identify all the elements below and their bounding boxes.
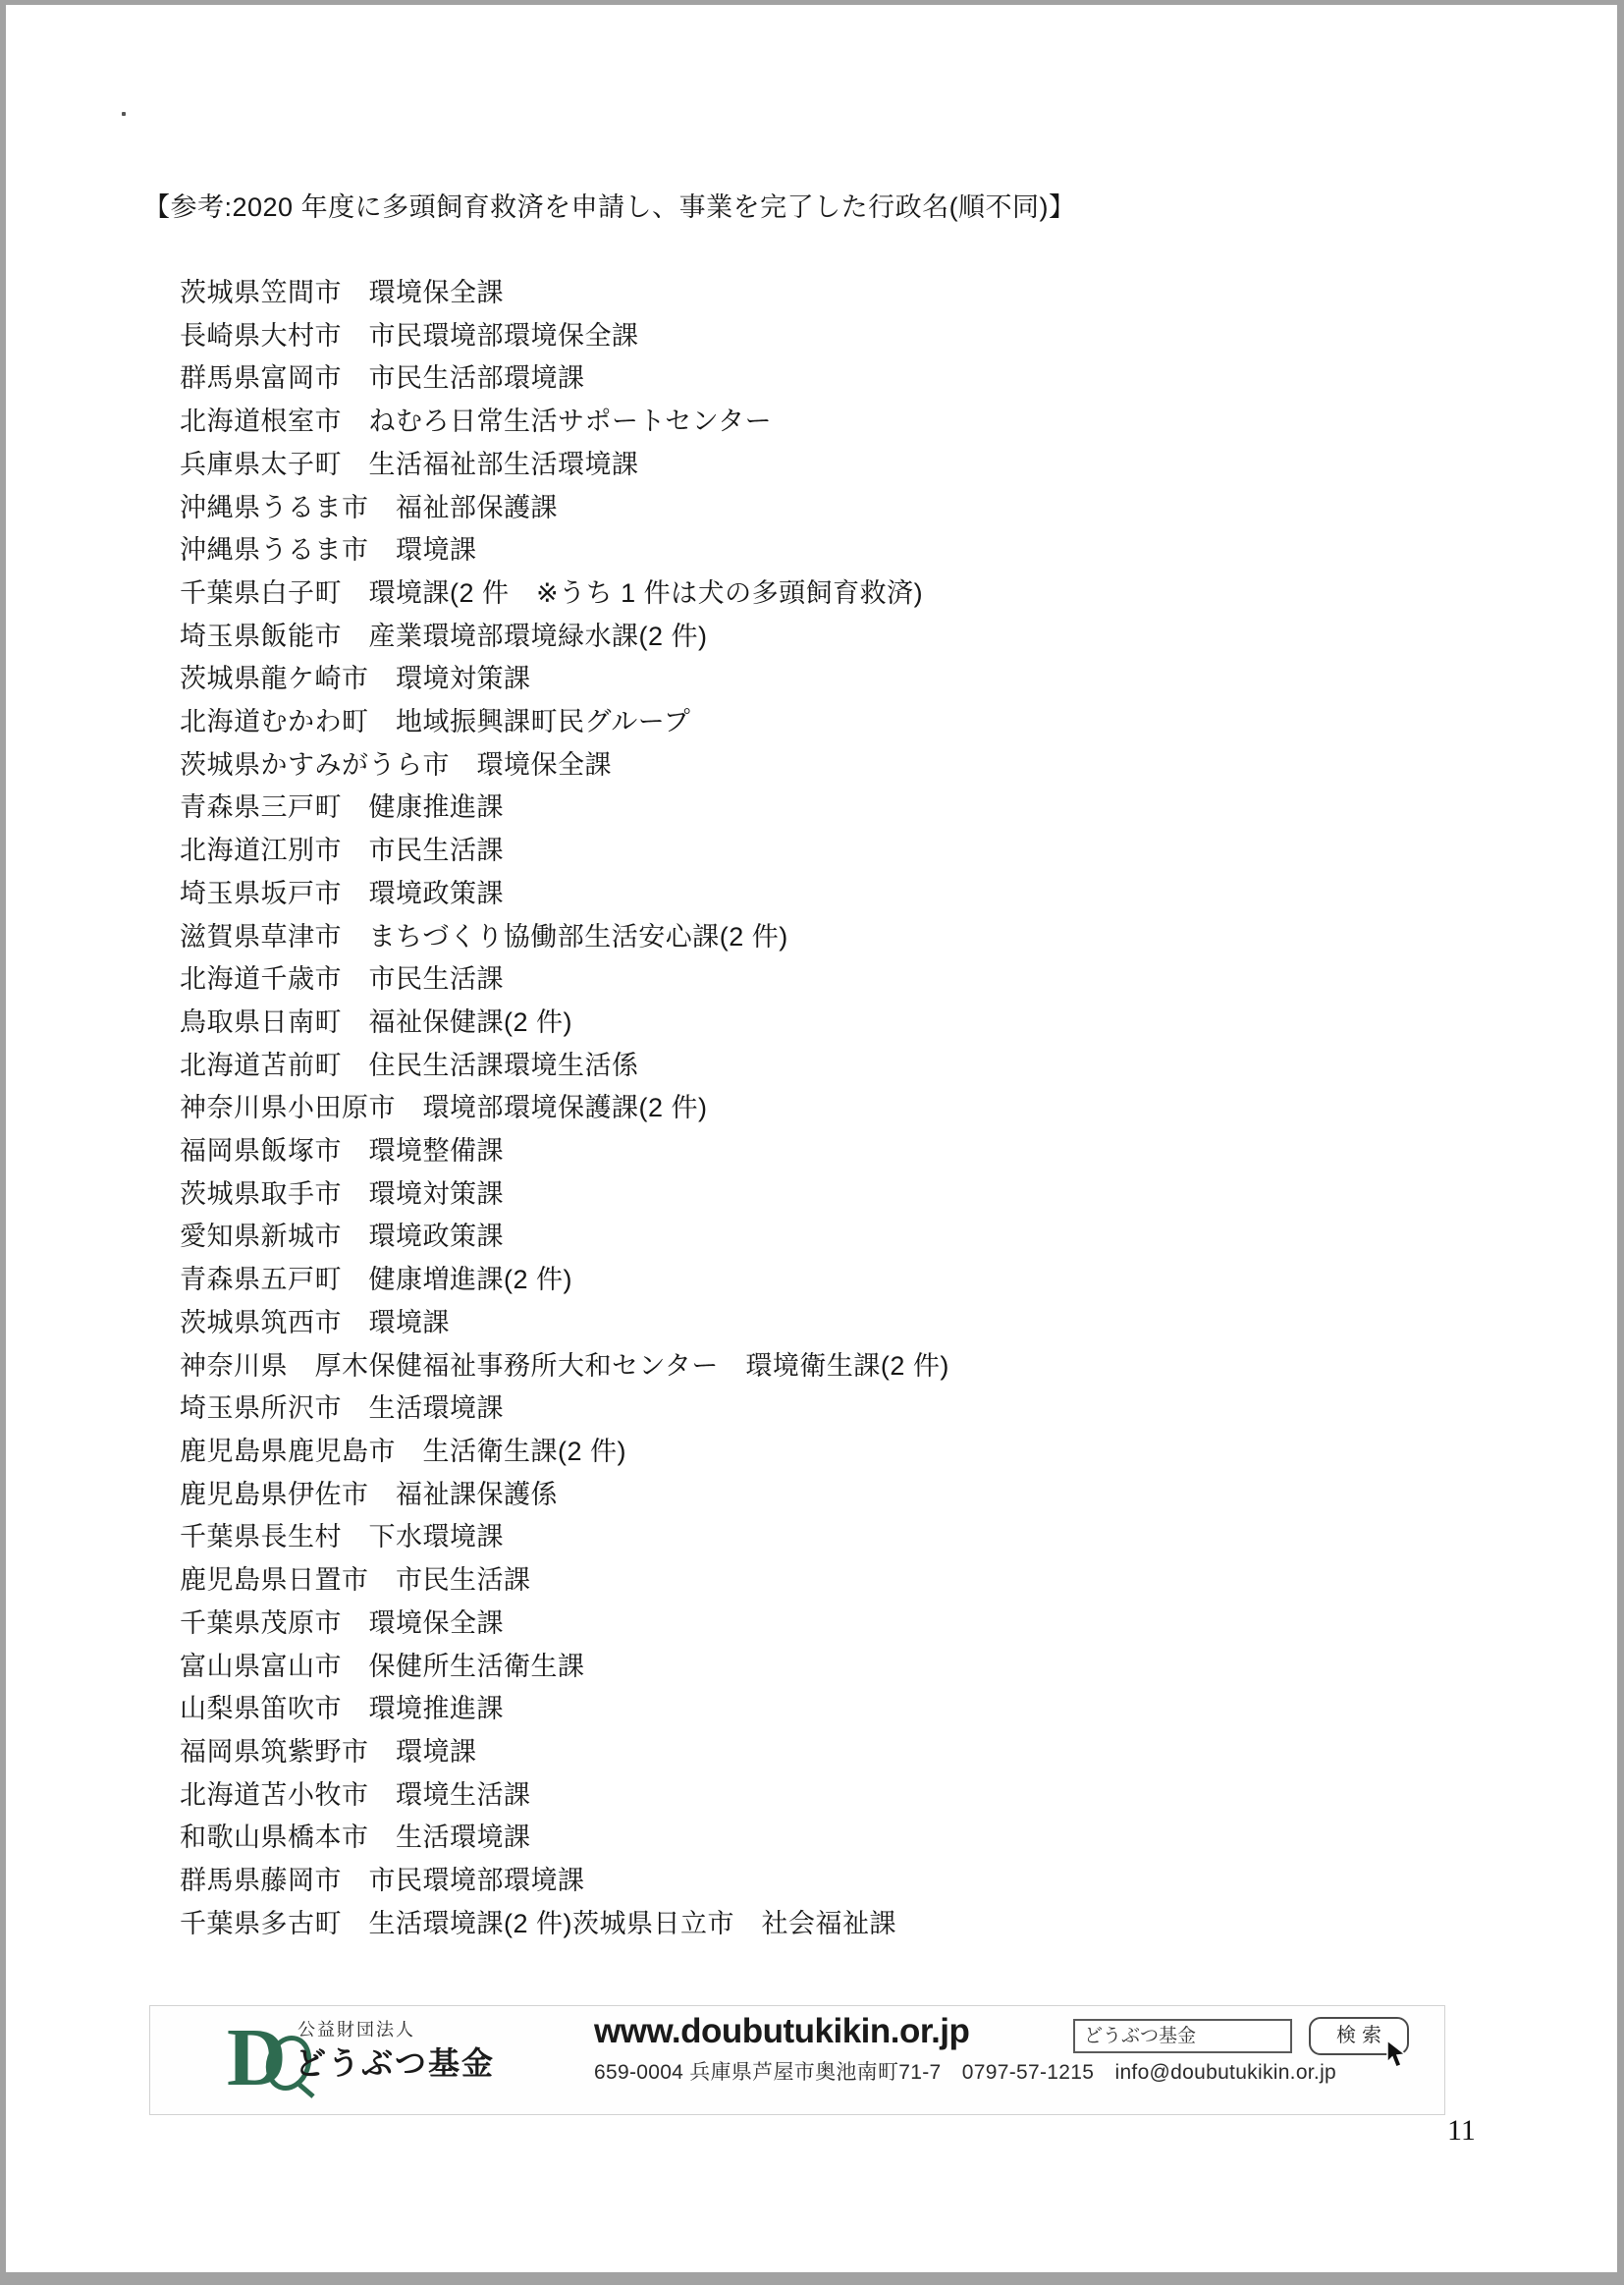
list-item: 埼玉県坂戸市 環境政策課 <box>180 873 949 916</box>
list-item: 北海道苫前町 住民生活課環境生活係 <box>180 1045 949 1088</box>
list-item: 鳥取県日南町 福祉保健課(2 件) <box>180 1002 949 1045</box>
list-item: 北海道江別市 市民生活課 <box>180 830 949 873</box>
document-page: 【参考:2020 年度に多頭飼育救済を申請し、事業を完了した行政名(順不同)】 … <box>6 5 1617 2272</box>
list-item: 長崎県大村市 市民環境部環境保全課 <box>180 315 949 358</box>
list-item: 愛知県新城市 環境政策課 <box>180 1216 949 1259</box>
list-item: 埼玉県所沢市 生活環境課 <box>180 1387 949 1431</box>
list-item: 千葉県白子町 環境課(2 件 ※うち 1 件は犬の多頭飼育救済) <box>180 572 949 616</box>
website-url: www.doubutukikin.or.jp <box>594 2012 969 2051</box>
list-item: 群馬県富岡市 市民生活部環境課 <box>180 357 949 401</box>
list-item: 北海道千歳市 市民生活課 <box>180 958 949 1002</box>
scan-artifact-dot <box>122 112 126 116</box>
list-item: 沖縄県うるま市 福祉部保護課 <box>180 487 949 530</box>
list-item: 青森県五戸町 健康増進課(2 件) <box>180 1259 949 1302</box>
footer-banner: D 公益財団法人 どうぶつ基金 www.doubutukikin.or.jp ど… <box>149 2005 1445 2115</box>
org-name: どうぶつ基金 <box>295 2039 495 2084</box>
list-item: 群馬県藤岡市 市民環境部環境課 <box>180 1860 949 1903</box>
list-item: 北海道苫小牧市 環境生活課 <box>180 1774 949 1818</box>
mouse-cursor-icon <box>1385 2040 1409 2069</box>
list-item: 富山県富山市 保健所生活衛生課 <box>180 1646 949 1689</box>
list-item: 茨城県かすみがうら市 環境保全課 <box>180 744 949 788</box>
list-item: 茨城県笠間市 環境保全課 <box>180 272 949 315</box>
list-item: 北海道根室市 ねむろ日常生活サポートセンター <box>180 401 949 444</box>
list-item: 茨城県龍ケ崎市 環境対策課 <box>180 658 949 701</box>
government-office-list: 茨城県笠間市 環境保全課 長崎県大村市 市民環境部環境保全課 群馬県富岡市 市民… <box>180 272 949 1945</box>
page-title: 【参考:2020 年度に多頭飼育救済を申請し、事業を完了した行政名(順不同)】 <box>143 190 1076 225</box>
list-item: 北海道むかわ町 地域振興課町民グループ <box>180 701 949 744</box>
list-item: 滋賀県草津市 まちづくり協働部生活安心課(2 件) <box>180 916 949 959</box>
list-item: 千葉県長生村 下水環境課 <box>180 1516 949 1559</box>
list-item: 福岡県筑紫野市 環境課 <box>180 1731 949 1774</box>
list-item: 千葉県茂原市 環境保全課 <box>180 1603 949 1646</box>
list-item: 鹿児島県日置市 市民生活課 <box>180 1559 949 1603</box>
list-item: 沖縄県うるま市 環境課 <box>180 529 949 572</box>
list-item: 神奈川県小田原市 環境部環境保護課(2 件) <box>180 1087 949 1130</box>
list-item: 茨城県取手市 環境対策課 <box>180 1173 949 1217</box>
list-item: 青森県三戸町 健康推進課 <box>180 787 949 830</box>
page-number: 11 <box>1447 2114 1476 2148</box>
address-contact-line: 659-0004 兵庫県芦屋市奥池南町71-7 0797-57-1215 inf… <box>594 2056 1336 2086</box>
list-item: 山梨県笛吹市 環境推進課 <box>180 1688 949 1731</box>
list-item: 茨城県筑西市 環境課 <box>180 1302 949 1345</box>
list-item: 埼玉県飯能市 産業環境部環境緑水課(2 件) <box>180 616 949 659</box>
svg-text:D: D <box>227 2012 287 2103</box>
list-item: 鹿児島県伊佐市 福祉課保護係 <box>180 1474 949 1517</box>
list-item: 千葉県多古町 生活環境課(2 件)茨城県日立市 社会福祉課 <box>180 1903 949 1946</box>
list-item: 神奈川県 厚木保健福祉事務所大和センター 環境衛生課(2 件) <box>180 1345 949 1388</box>
list-item: 兵庫県太子町 生活福祉部生活環境課 <box>180 444 949 487</box>
list-item: 和歌山県橋本市 生活環境課 <box>180 1817 949 1860</box>
list-item: 鹿児島県鹿児島市 生活衛生課(2 件) <box>180 1431 949 1474</box>
search-input: どうぶつ基金 <box>1073 2019 1292 2053</box>
list-item: 福岡県飯塚市 環境整備課 <box>180 1130 949 1173</box>
